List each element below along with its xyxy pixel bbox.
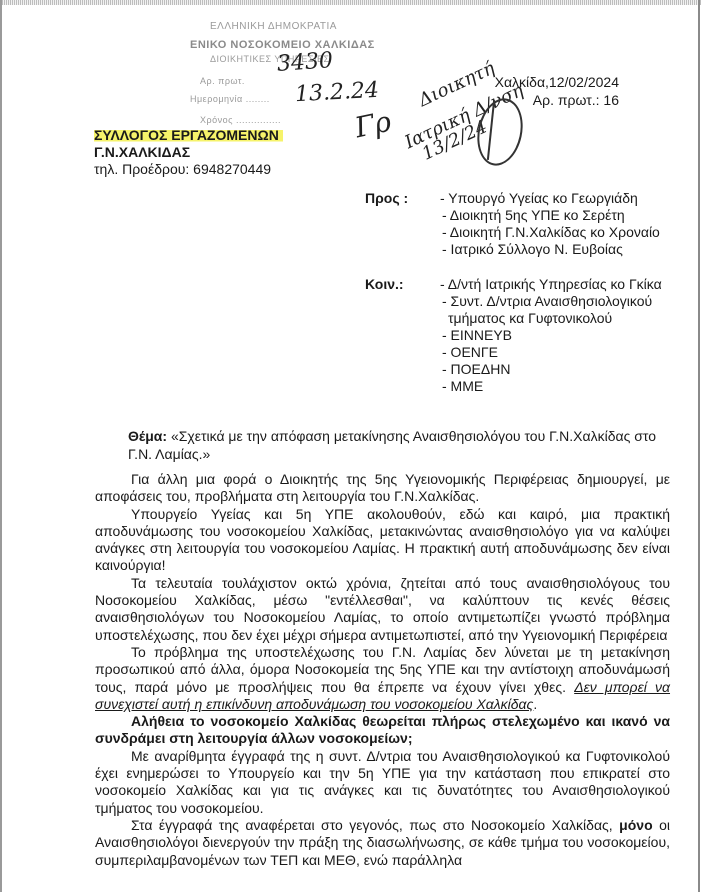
- to-recipient: - Διοικητή 5ης ΥΠΕ κο Σερέτη: [365, 207, 662, 224]
- subject-label: Θέμα:: [128, 428, 167, 444]
- handwritten-stamp-date: 13.2.24: [294, 78, 379, 107]
- handwritten-protocol-number: 3430: [276, 48, 334, 77]
- sender-org-hospital: Γ.Ν.ΧΑΛΚΙΔΑΣ: [94, 144, 283, 161]
- paragraph-2: Υπουργείο Υγείας και 5η ΥΠΕ ακολουθούν, …: [95, 506, 670, 575]
- sender-org-name: ΣΥΛΛΟΓΟΣ ΕΡΓΑΖΟΜΕΝΩΝ: [94, 127, 283, 143]
- cc-recipient: - ΟΕΝΓΕ: [365, 344, 662, 361]
- cc-recipient-continued: τμήματος κα Γυφτονικολού: [365, 310, 662, 327]
- document-header: Χαλκίδα,12/02/2024 Αρ. πρωτ.: 16: [495, 73, 619, 109]
- to-label: Προς :: [365, 190, 440, 207]
- sender-phone: τηλ. Προέδρου: 6948270449: [94, 161, 283, 178]
- cc-recipient: - Συντ. Δ/ντρια Αναισθησιολογικού: [365, 293, 662, 310]
- stamp-line-1: ΕΛΛΗΝΙΚΗ ΔΗΜΟΚΡΑΤΙΑ: [210, 21, 337, 32]
- place-date: Χαλκίδα,12/02/2024: [495, 73, 619, 91]
- paragraph-5-question: Αλήθεια το νοσοκομείο Χαλκίδας θεωρείται…: [95, 713, 670, 748]
- to-recipient: Προς :- Υπουργό Υγείας κο Γεωργιάδη: [365, 190, 662, 207]
- protocol-number: Αρ. πρωτ.: 16: [495, 91, 619, 109]
- paragraph-7: Στα έγγραφά της αναφέρεται στο γεγονός, …: [95, 817, 670, 869]
- to-recipient: - Διοικητή Γ.Ν.Χαλκίδας κο Χροναίο: [365, 224, 662, 241]
- cc-recipient: - ΜΜΕ: [365, 378, 662, 395]
- paragraph-3: Τα τελευταία τουλάχιστον οκτώ χρόνια, ζη…: [95, 575, 670, 644]
- cc-label: Κοιν.:: [365, 276, 440, 293]
- sender-block: ΣΥΛΛΟΓΟΣ ΕΡΓΑΖΟΜΕΝΩΝ Γ.Ν.ΧΑΛΚΙΔΑΣ τηλ. Π…: [94, 127, 283, 178]
- scan-right-edge: [698, 0, 700, 892]
- stamp-date-label: Ημερομηνία ........: [190, 94, 270, 104]
- to-recipient: - Ιατρικό Σύλλογο Ν. Ευβοίας: [365, 241, 662, 258]
- cc-recipient: Κοιν.:- Δ/ντή Ιατρικής Υπηρεσίας κο Γκίκ…: [365, 276, 662, 293]
- handwritten-initials: Γρ: [352, 105, 394, 145]
- scan-left-edge: [0, 0, 2, 892]
- emphasis-only: μόνο: [619, 817, 652, 833]
- subject-line: Θέμα: «Σχετικά με την απόφαση μετακίνηση…: [128, 427, 668, 463]
- stamp-extra-label: Χρόνος ...............: [200, 115, 281, 125]
- paragraph-6: Με αναρίθμητα έγγραφά της η συντ. Δ/ντρι…: [95, 748, 670, 817]
- recipients-block: Προς :- Υπουργό Υγείας κο Γεωργιάδη - Δι…: [365, 190, 662, 395]
- scan-top-edge: [0, 0, 701, 5]
- stamp-line-2: ΕΝΙΚΟ ΝΟΣΟΚΟΜΕΙΟ ΧΑΛΚΙΔΑΣ: [190, 39, 375, 51]
- cc-recipient: - ΕΙΝΝΕΥΒ: [365, 327, 662, 344]
- paragraph-4: Το πρόβλημα της υποστελέχωσης του Γ.Ν. Λ…: [95, 644, 670, 713]
- letter-body: Για άλλη μια φορά ο Διοικητής της 5ης Υγ…: [95, 471, 670, 869]
- stamp-protocol-label: Αρ. πρωτ.: [200, 76, 245, 86]
- paragraph-1: Για άλλη μια φορά ο Διοικητής της 5ης Υγ…: [95, 471, 670, 506]
- cc-recipient: - ΠΟΕΔΗΝ: [365, 361, 662, 378]
- subject-text: «Σχετικά με την απόφαση μετακίνησης Αναι…: [128, 428, 656, 462]
